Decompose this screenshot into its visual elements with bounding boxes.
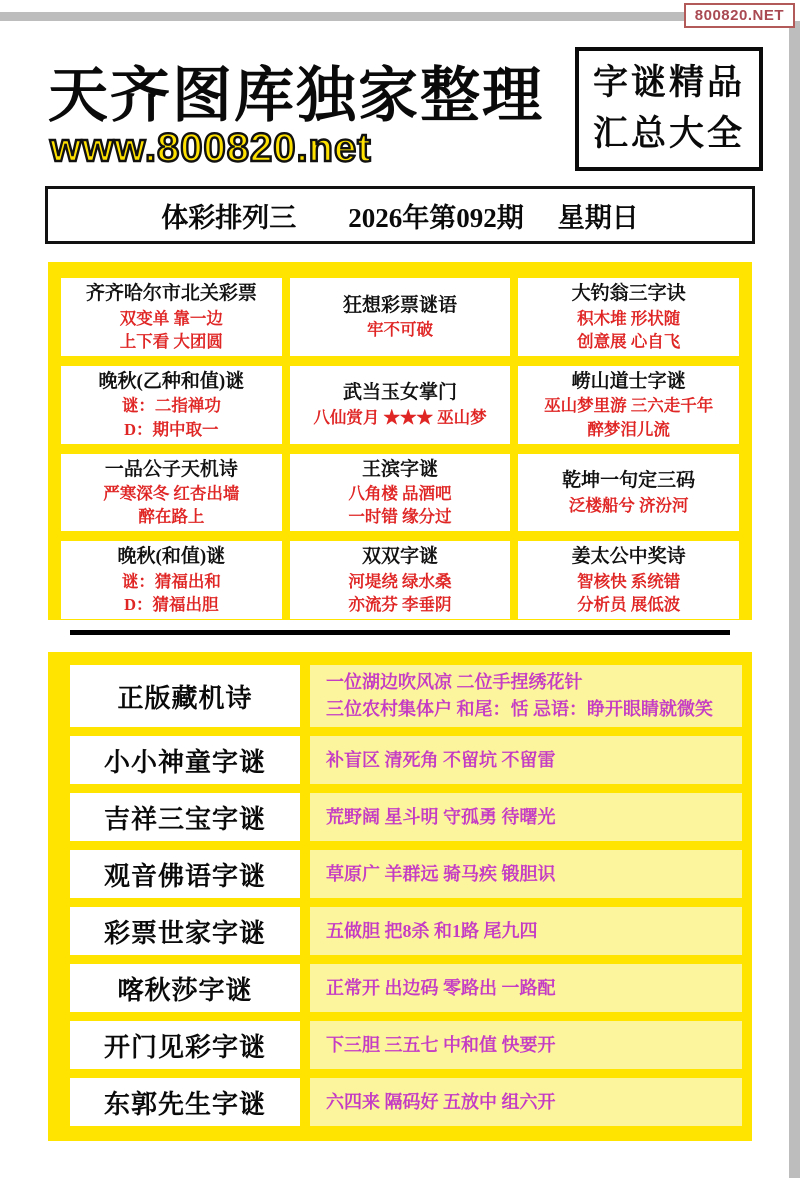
riddle-card: 姜太公中奖诗 智核快 系统错 分析员 展低波 (518, 541, 739, 619)
riddle-card-title: 晚秋(和值)谜 (63, 544, 280, 570)
list-row-line: 荒野阔 星斗明 守孤勇 待曙光 (326, 804, 742, 831)
riddle-card-line: 谜：猜福出和 (63, 570, 280, 593)
riddle-card-title: 双双字谜 (292, 544, 509, 570)
riddle-card: 一品公子天机诗 严寒深冬 红杏出墙 醉在路上 (61, 454, 282, 532)
list-row-content: 荒野阔 星斗明 守孤勇 待曙光 (310, 793, 742, 841)
riddle-card-line: 亦流芬 李垂阴 (292, 593, 509, 616)
list-row-line: 五做胆 把8杀 和1路 尾九四 (326, 918, 742, 945)
riddle-card: 大钓翁三字诀 积木堆 形状随 创意展 心自飞 (518, 278, 739, 356)
list-row-line: 三位农村集体户 和尾：恬 忌语：睁开眼睛就微笑 (326, 696, 742, 723)
riddle-card-title: 齐齐哈尔市北关彩票 (63, 281, 280, 307)
riddle-card-line: 谜：二指禅功 (63, 394, 280, 417)
list-row-title: 开门见彩字谜 (70, 1021, 300, 1069)
riddle-card-line: 河堤绕 绿水桑 (292, 570, 509, 593)
list-row-line: 正常开 出边码 零路出 一路配 (326, 975, 742, 1002)
riddle-card-line: 八角楼 品酒吧 (292, 482, 509, 505)
riddle-card-line: 双变单 靠一边 (63, 307, 280, 330)
list-row-content: 下三胆 三五七 中和值 快要开 (310, 1021, 742, 1069)
riddle-card-line: 醉在路上 (63, 505, 280, 528)
riddle-card-line: 牢不可破 (292, 318, 509, 341)
list-row-content: 补盲区 清死角 不留坑 不留雷 (310, 736, 742, 784)
list-row-content: 六四来 隔码好 五放中 组六开 (310, 1078, 742, 1126)
riddle-card: 崂山道士字谜 巫山梦里游 三六走千年 醉梦泪儿流 (518, 366, 739, 444)
list-row: 东郭先生字谜 六四来 隔码好 五放中 组六开 (70, 1078, 752, 1126)
list-row-content: 五做胆 把8杀 和1路 尾九四 (310, 907, 742, 955)
scan-shadow-top (0, 12, 688, 21)
issue-bar: 体彩排列三 2026年第092期 星期日 (45, 186, 755, 244)
riddle-card-title: 乾坤一句定三码 (520, 468, 737, 494)
list-row-line: 草原广 羊群远 骑马疾 锻胆识 (326, 861, 742, 888)
list-row: 开门见彩字谜 下三胆 三五七 中和值 快要开 (70, 1021, 752, 1069)
list-row-line: 补盲区 清死角 不留坑 不留雷 (326, 747, 742, 774)
puzzle-summary-line1: 字谜精品 (593, 58, 745, 109)
riddle-card-title: 武当玉女掌门 (292, 380, 509, 406)
riddle-card-line: 一时错 缘分过 (292, 505, 509, 528)
list-row: 小小神童字谜 补盲区 清死角 不留坑 不留雷 (70, 736, 752, 784)
riddle-card: 齐齐哈尔市北关彩票 双变单 靠一边 上下看 大团圆 (61, 278, 282, 356)
scan-shadow-right (789, 21, 800, 1178)
riddle-card: 狂想彩票谜语 牢不可破 (290, 278, 511, 356)
riddle-card-title: 晚秋(乙种和值)谜 (63, 369, 280, 395)
list-row-title: 正版藏机诗 (70, 665, 300, 727)
riddle-card: 武当玉女掌门 八仙赏月 ★★★ 巫山梦 (290, 366, 511, 444)
riddle-card-line: D：猜福出胆 (63, 593, 280, 616)
list-row-content: 正常开 出边码 零路出 一路配 (310, 964, 742, 1012)
riddle-card-line: 积木堆 形状随 (520, 307, 737, 330)
riddle-card-title: 一品公子天机诗 (63, 457, 280, 483)
puzzle-summary-line2: 汇总大全 (593, 109, 745, 160)
riddle-card: 王滨字谜 八角楼 品酒吧 一时错 缘分过 (290, 454, 511, 532)
list-row-content: 一位湖边吹风凉 二位手捏绣花针 三位农村集体户 和尾：恬 忌语：睁开眼睛就微笑 (310, 665, 742, 727)
site-title: 天齐图库独家整理 (48, 48, 568, 134)
riddle-card-line: 醉梦泪儿流 (520, 418, 737, 441)
list-row-title: 小小神童字谜 (70, 736, 300, 784)
riddle-card-title: 崂山道士字谜 (520, 369, 737, 395)
riddle-card-line: 智核快 系统错 (520, 570, 737, 593)
section-divider (70, 630, 730, 635)
puzzle-list: 正版藏机诗 一位湖边吹风凉 二位手捏绣花针 三位农村集体户 和尾：恬 忌语：睁开… (48, 652, 752, 1141)
list-row-line: 下三胆 三五七 中和值 快要开 (326, 1032, 742, 1059)
riddle-card-title: 大钓翁三字诀 (520, 281, 737, 307)
riddle-card-line: 八仙赏月 ★★★ 巫山梦 (292, 406, 509, 429)
list-row-title: 东郭先生字谜 (70, 1078, 300, 1126)
riddle-card-title: 王滨字谜 (292, 457, 509, 483)
list-row-title: 喀秋莎字谜 (70, 964, 300, 1012)
riddle-card: 乾坤一句定三码 泛楼船兮 济汾河 (518, 454, 739, 532)
list-row: 彩票世家字谜 五做胆 把8杀 和1路 尾九四 (70, 907, 752, 955)
riddle-grid: 齐齐哈尔市北关彩票 双变单 靠一边 上下看 大团圆 狂想彩票谜语 牢不可破 大钓… (48, 262, 752, 620)
list-row-title: 彩票世家字谜 (70, 907, 300, 955)
list-row: 正版藏机诗 一位湖边吹风凉 二位手捏绣花针 三位农村集体户 和尾：恬 忌语：睁开… (70, 665, 752, 727)
list-row-line: 一位湖边吹风凉 二位手捏绣花针 (326, 669, 742, 696)
site-url: www.800820.net (50, 126, 372, 171)
riddle-card: 双双字谜 河堤绕 绿水桑 亦流芬 李垂阴 (290, 541, 511, 619)
riddle-card-line: 巫山梦里游 三六走千年 (520, 394, 737, 417)
list-row-content: 草原广 羊群远 骑马疾 锻胆识 (310, 850, 742, 898)
list-row: 喀秋莎字谜 正常开 出边码 零路出 一路配 (70, 964, 752, 1012)
riddle-card-line: 分析员 展低波 (520, 593, 737, 616)
list-row: 吉祥三宝字谜 荒野阔 星斗明 守孤勇 待曙光 (70, 793, 752, 841)
page: 800820.NET 天齐图库独家整理 www.800820.net 字谜精品 … (0, 0, 800, 1200)
list-row-title: 吉祥三宝字谜 (70, 793, 300, 841)
list-row: 观音佛语字谜 草原广 羊群远 骑马疾 锻胆识 (70, 850, 752, 898)
riddle-card-line: D：期中取一 (63, 418, 280, 441)
issue-number: 2026年第092期 (348, 196, 524, 235)
riddle-card-line: 严寒深冬 红杏出墙 (63, 482, 280, 505)
riddle-card: 晚秋(和值)谜 谜：猜福出和 D：猜福出胆 (61, 541, 282, 619)
puzzle-summary-box: 字谜精品 汇总大全 (575, 47, 763, 171)
list-row-line: 六四来 隔码好 五放中 组六开 (326, 1089, 742, 1116)
riddle-card-title: 狂想彩票谜语 (292, 293, 509, 319)
riddle-card: 晚秋(乙种和值)谜 谜：二指禅功 D：期中取一 (61, 366, 282, 444)
list-row-title: 观音佛语字谜 (70, 850, 300, 898)
issue-game: 体彩排列三 (161, 196, 296, 235)
corner-badge: 800820.NET (684, 3, 795, 28)
issue-weekday: 星期日 (558, 196, 639, 235)
riddle-card-line: 创意展 心自飞 (520, 330, 737, 353)
riddle-card-line: 泛楼船兮 济汾河 (520, 494, 737, 517)
riddle-card-line: 上下看 大团圆 (63, 330, 280, 353)
riddle-card-title: 姜太公中奖诗 (520, 544, 737, 570)
